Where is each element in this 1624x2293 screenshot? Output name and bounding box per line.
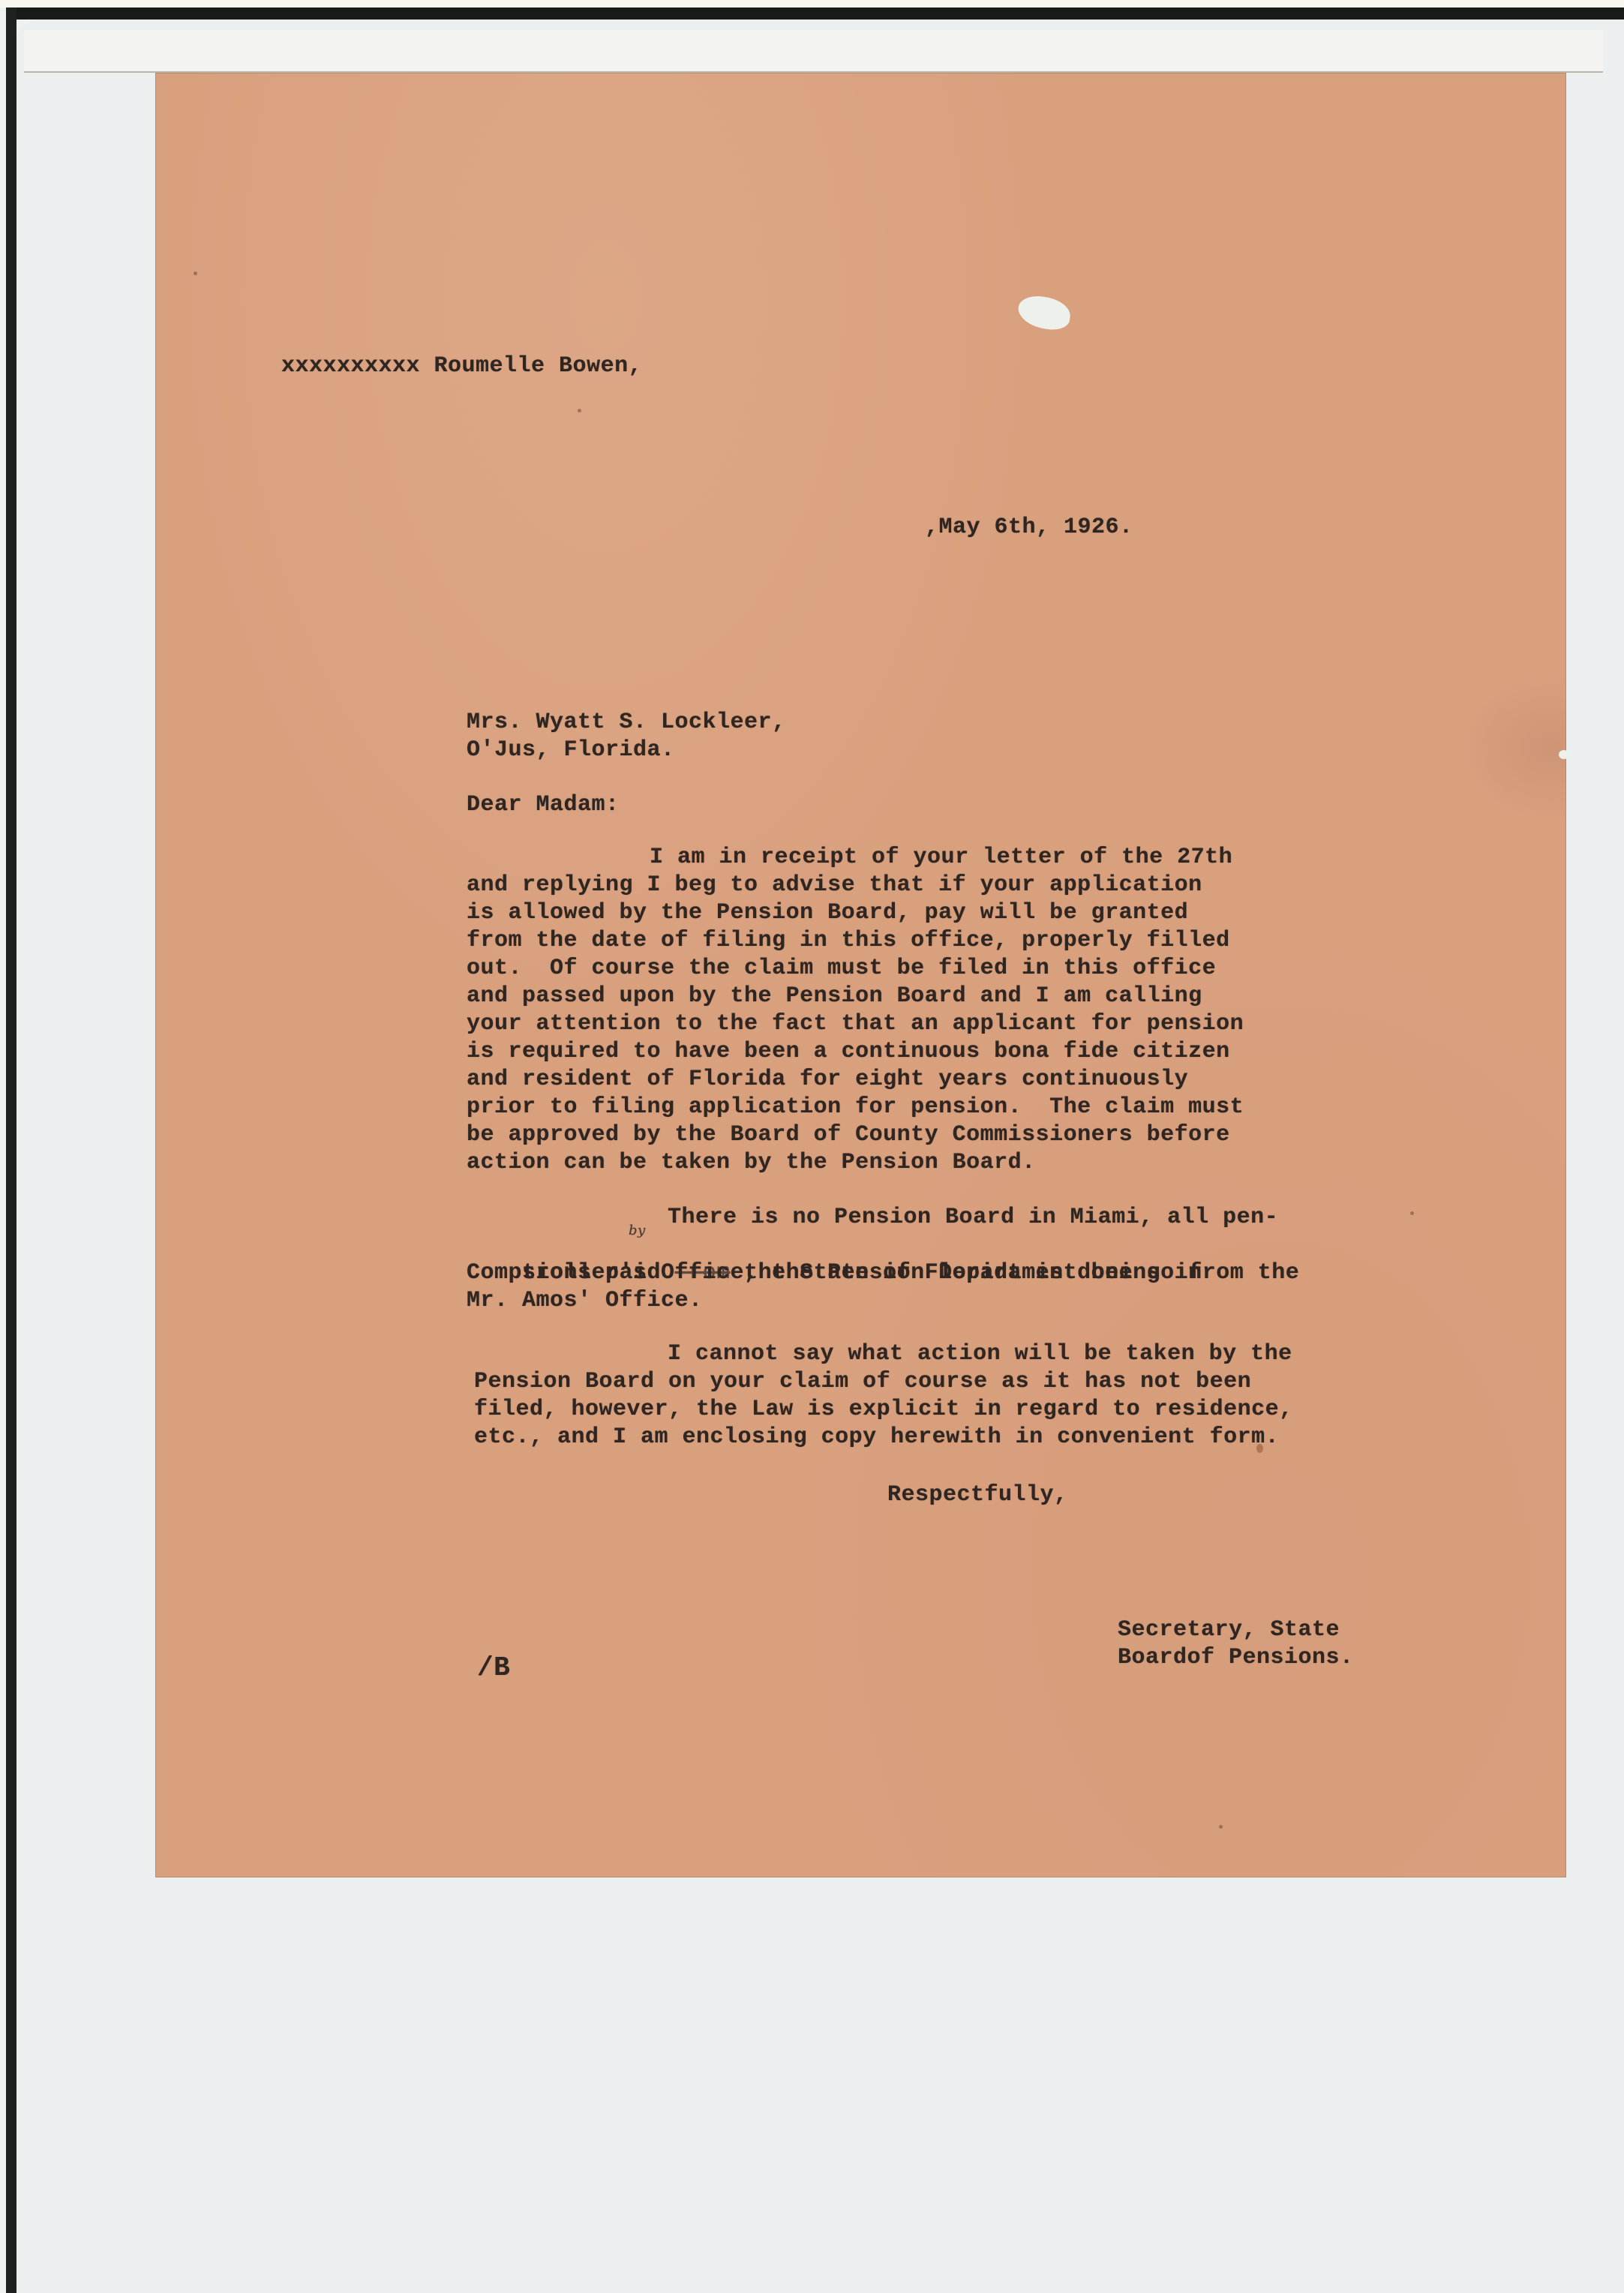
paragraph-line: your attention to the fact that an appli… xyxy=(467,1010,1244,1038)
paper-speck xyxy=(1410,1211,1414,1215)
paragraph-line: Comptroller's Office, the Pension Depart… xyxy=(467,1259,1202,1287)
header-line: xxxxxxxxxx Roumelle Bowen, xyxy=(281,353,642,380)
paper-speck xyxy=(194,272,197,275)
paper-speck xyxy=(1219,1825,1223,1829)
paragraph-line: I am in receipt of your letter of the 27… xyxy=(650,844,1232,872)
closing: Respectfully, xyxy=(887,1481,1068,1509)
paragraph-line: be approved by the Board of County Commi… xyxy=(467,1121,1230,1149)
paragraph-line: is required to have been a continuous bo… xyxy=(467,1038,1230,1066)
paragraph-line: from the date of filing in this office, … xyxy=(467,927,1230,955)
paragraph-line: etc., and I am enclosing copy herewith i… xyxy=(474,1424,1279,1451)
paper-edge-tear xyxy=(1559,750,1569,759)
paragraph-line: There is no Pension Board in Miami, all … xyxy=(668,1204,1278,1232)
scanner-frame-left xyxy=(6,8,17,2293)
paper-speck xyxy=(578,409,581,413)
paragraph-line: is allowed by the Pension Board, pay wil… xyxy=(467,899,1188,927)
paragraph-line: action can be taken by the Pension Board… xyxy=(467,1149,1036,1177)
letter-date: ,May 6th, 1926. xyxy=(925,514,1133,542)
paragraph-line: out. Of course the claim must be filed i… xyxy=(467,955,1216,983)
paragraph-line: Pension Board on your claim of course as… xyxy=(474,1368,1251,1396)
signature-title-line-2: Boardof Pensions. xyxy=(1118,1644,1354,1672)
signature-title-line-1: Secretary, State xyxy=(1118,1616,1340,1644)
paragraph-line: filed, however, the Law is explicit in r… xyxy=(474,1396,1293,1424)
handwritten-insert: by xyxy=(629,1217,646,1244)
paragraph-line: I cannot say what action will be taken b… xyxy=(668,1340,1292,1368)
paragraph-line: and replying I beg to advise that if you… xyxy=(467,872,1202,899)
paragraph-line: and passed upon by the Pension Board and… xyxy=(467,983,1202,1010)
paragraph-line: and resident of Florida for eight years … xyxy=(467,1066,1188,1094)
scanner-top-strip xyxy=(24,30,1603,73)
paragraph-line: prior to filing application for pension.… xyxy=(467,1094,1244,1121)
scan-top-edge xyxy=(0,0,1624,8)
typist-initials: /B xyxy=(477,1654,510,1682)
scanner-frame-top xyxy=(6,8,1624,20)
recipient-location: O'Jus, Florida. xyxy=(467,737,675,764)
salutation: Dear Madam: xyxy=(467,791,620,819)
paragraph-line: Mr. Amos' Office. xyxy=(467,1287,703,1315)
recipient-name: Mrs. Wyatt S. Lockleer, xyxy=(467,709,786,737)
